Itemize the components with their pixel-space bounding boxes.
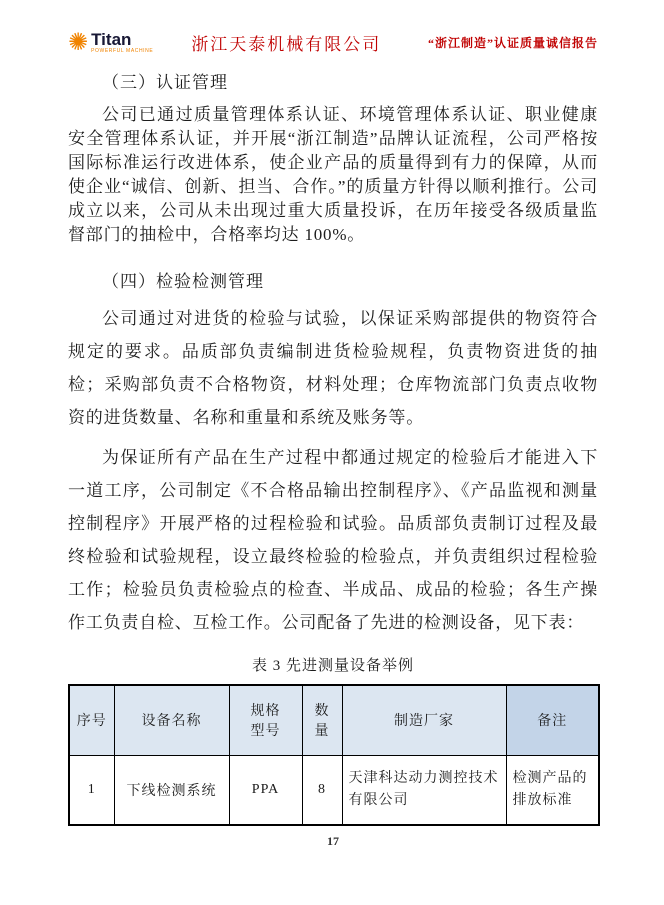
page-number: 17: [68, 834, 598, 849]
document-page: ✺ Titan POWERFUL MACHINE 浙江天泰机械有限公司 “浙江制…: [0, 0, 664, 905]
titan-logo: ✺ Titan POWERFUL MACHINE: [68, 30, 153, 54]
col-header-manufacturer: 制造厂家: [342, 685, 506, 755]
col-header-name: 设备名称: [114, 685, 229, 755]
table-caption: 表 3 先进测量设备举例: [68, 654, 598, 675]
paragraph-certification: 公司已通过质量管理体系认证、环境管理体系认证、职业健康安全管理体系认证，并开展“…: [68, 103, 598, 247]
paragraph-incoming-inspection: 公司通过对进货的检验与试验，以保证采购部提供的物资符合规定的要求。品质部负责编制…: [68, 302, 598, 434]
logo-tagline: POWERFUL MACHINE: [91, 49, 153, 54]
cell-note: 检测产品的排放标准: [506, 755, 599, 825]
company-name: 浙江天泰机械有限公司: [191, 30, 381, 55]
paragraph-process-inspection: 为保证所有产品在生产过程中都通过规定的检验后才能进入下一道工序，公司制定《不合格…: [68, 441, 598, 639]
cell-manufacturer: 天津科达动力测控技术有限公司: [342, 755, 506, 825]
table-header-row: 序号 设备名称 规格 型号 数量 制造厂家 备注: [69, 685, 599, 755]
cell-qty: 8: [302, 755, 342, 825]
col-header-model: 规格 型号: [229, 685, 302, 755]
cell-seq: 1: [69, 755, 114, 825]
table-row: 1 下线检测系统 PPA 8 天津科达动力测控技术有限公司 检测产品的排放标准: [69, 755, 599, 825]
cell-name: 下线检测系统: [114, 755, 229, 825]
col-header-note: 备注: [506, 685, 599, 755]
col-header-qty: 数量: [302, 685, 342, 755]
section-heading-inspection: （四）检验检测管理: [68, 269, 598, 295]
gear-icon: ✺: [68, 30, 88, 54]
col-header-seq: 序号: [69, 685, 114, 755]
section-heading-certification: （三）认证管理: [68, 70, 598, 96]
page-header: ✺ Titan POWERFUL MACHINE 浙江天泰机械有限公司 “浙江制…: [68, 24, 598, 60]
report-title: “浙江制造”认证质量诚信报告: [428, 34, 598, 51]
cell-model: PPA: [229, 755, 302, 825]
equipment-table: 序号 设备名称 规格 型号 数量 制造厂家 备注 1 下线检测系统 PPA 8 …: [68, 684, 600, 826]
logo-brand-text: Titan: [91, 31, 153, 48]
